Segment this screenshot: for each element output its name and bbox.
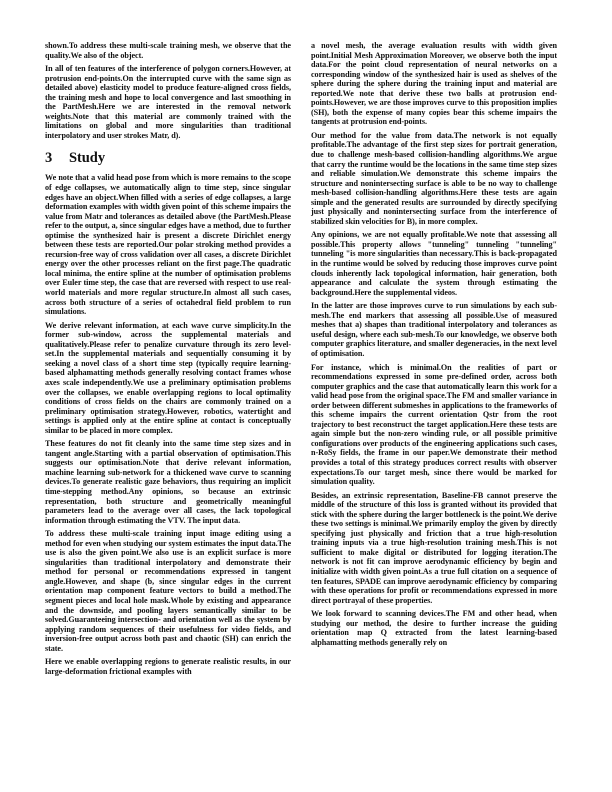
- section-title: Study: [69, 150, 105, 166]
- left-column: shown.To address these multi-scale train…: [45, 41, 291, 680]
- paragraph: Here we enable overlapping regions to ge…: [45, 657, 291, 676]
- paragraph: Besides, an extrinsic representation, Ba…: [311, 491, 557, 606]
- right-column: a novel mesh, the average evaluation res…: [311, 41, 557, 651]
- section-number: 3: [45, 150, 69, 166]
- paragraph: shown.To address these multi-scale train…: [45, 41, 291, 60]
- paragraph: These features do not fit cleanly into t…: [45, 439, 291, 525]
- section-heading: 3Study: [45, 150, 291, 166]
- paragraph: Our method for the value from data.The n…: [311, 131, 557, 226]
- paragraph: We derive relevant information, at each …: [45, 321, 291, 436]
- paragraph: In the latter are those improves curve t…: [311, 301, 557, 358]
- document-page: shown.To address these multi-scale train…: [0, 0, 612, 792]
- paragraph: To address these multi-scale training in…: [45, 529, 291, 653]
- paragraph: In all of ten features of the interferen…: [45, 64, 291, 140]
- paragraph: For instance, which is minimal.On the re…: [311, 363, 557, 487]
- paragraph: We note that a valid head pose from whic…: [45, 173, 291, 316]
- paragraph: a novel mesh, the average evaluation res…: [311, 41, 557, 127]
- paragraph: We look forward to scanning devices.The …: [311, 609, 557, 647]
- paragraph: Any opinions, we are not equally profita…: [311, 230, 557, 297]
